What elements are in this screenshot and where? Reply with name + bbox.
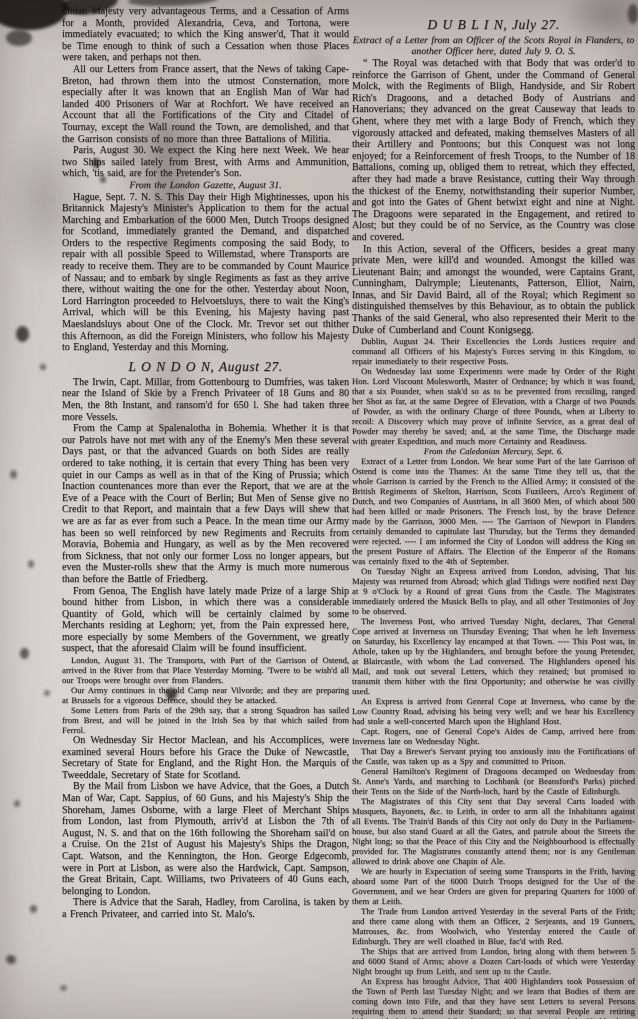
ink-speck <box>20 648 29 659</box>
paragraph: From the Caledonian Mercury, Sept. 6. <box>352 446 635 456</box>
paragraph: In this Action, several of the Officers,… <box>352 244 635 337</box>
paragraph: From the Camp at Spalenalotha in Bohemia… <box>62 423 349 585</box>
paragraph: Capt. Rogers, one of General Cope's Aide… <box>352 726 635 746</box>
paragraph: Some Letters from Paris of the 29th say,… <box>62 705 349 735</box>
paragraph: D U B L I N, July 27. <box>352 17 635 33</box>
paragraph: Our Army continues in the old Camp near … <box>62 685 349 705</box>
ink-speck <box>5 954 17 966</box>
paragraph: From the London Gazette, August 31. <box>62 180 349 192</box>
ink-speck <box>14 800 20 807</box>
ink-speck <box>16 326 29 342</box>
paragraph: The Trade from London arrived Yesterday … <box>352 906 635 946</box>
ink-speck <box>10 470 17 479</box>
paragraph: There is Advice that the Sarah, Hadley, … <box>62 897 349 920</box>
paragraph: The Magistrates of this City sent that D… <box>352 796 635 866</box>
paragraph: The Ships that are arrived from London, … <box>352 946 635 976</box>
paragraph: Extract of a Letter from London. We hear… <box>352 456 635 566</box>
ink-speck <box>44 690 50 696</box>
paragraph: An Express has brought Advice, That 400 … <box>352 976 635 1019</box>
paragraph: L O N D O N, August 27. <box>62 359 349 375</box>
paragraph: An Express is arrived from General Cope … <box>352 696 635 726</box>
paragraph: On Wednesday Sir Hector Maclean, and his… <box>62 735 349 781</box>
ink-speck <box>60 985 67 991</box>
paragraph: The Irwin, Capt. Millar, from Gottenbour… <box>62 377 349 423</box>
paragraph: On Wednesday last some Experiments were … <box>352 366 635 446</box>
paragraph: Extract of a Letter from an Officer of t… <box>352 35 635 57</box>
paragraph: “ The Royal was detached with that Body … <box>352 58 635 244</box>
paragraph: By the Mail from Lisbon we have Advice, … <box>62 781 349 897</box>
newspaper-page: dinian Majesty very advantageous Terms, … <box>0 0 638 1019</box>
paragraph: That Day a Brewer's Servant prying too a… <box>352 746 635 766</box>
ink-speck <box>28 560 34 568</box>
paragraph: Paris, August 30. We expect the King her… <box>62 145 349 180</box>
ink-stain <box>6 30 32 46</box>
paragraph: All our Letters from France assert, that… <box>62 64 349 145</box>
ink-stain <box>0 0 68 30</box>
left-column: dinian Majesty very advantageous Terms, … <box>62 6 349 921</box>
paragraph: On Tuesday Night an Express arrived from… <box>352 566 635 616</box>
ink-speck <box>40 364 46 370</box>
paragraph: From Genoa, The English have lately made… <box>62 586 349 656</box>
right-column: D U B L I N, July 27.Extract of a Letter… <box>352 12 635 1019</box>
paragraph: The Inverness Post, who arrived Tuesday … <box>352 616 635 696</box>
paragraph: General Hamilton's Regiment of Dragoons … <box>352 766 635 796</box>
paragraph: London, August 31. The Transports, with … <box>62 655 349 685</box>
paragraph: We are hourly in Expectation of seeing s… <box>352 866 635 906</box>
paragraph: Dublin, August 24. Their Excellencies th… <box>352 336 635 366</box>
paragraph: dinian Majesty very advantageous Terms, … <box>62 6 349 64</box>
ink-speck <box>30 905 37 913</box>
paragraph: Hague, Sept. 7. N. S. This Day their Hig… <box>62 192 349 354</box>
